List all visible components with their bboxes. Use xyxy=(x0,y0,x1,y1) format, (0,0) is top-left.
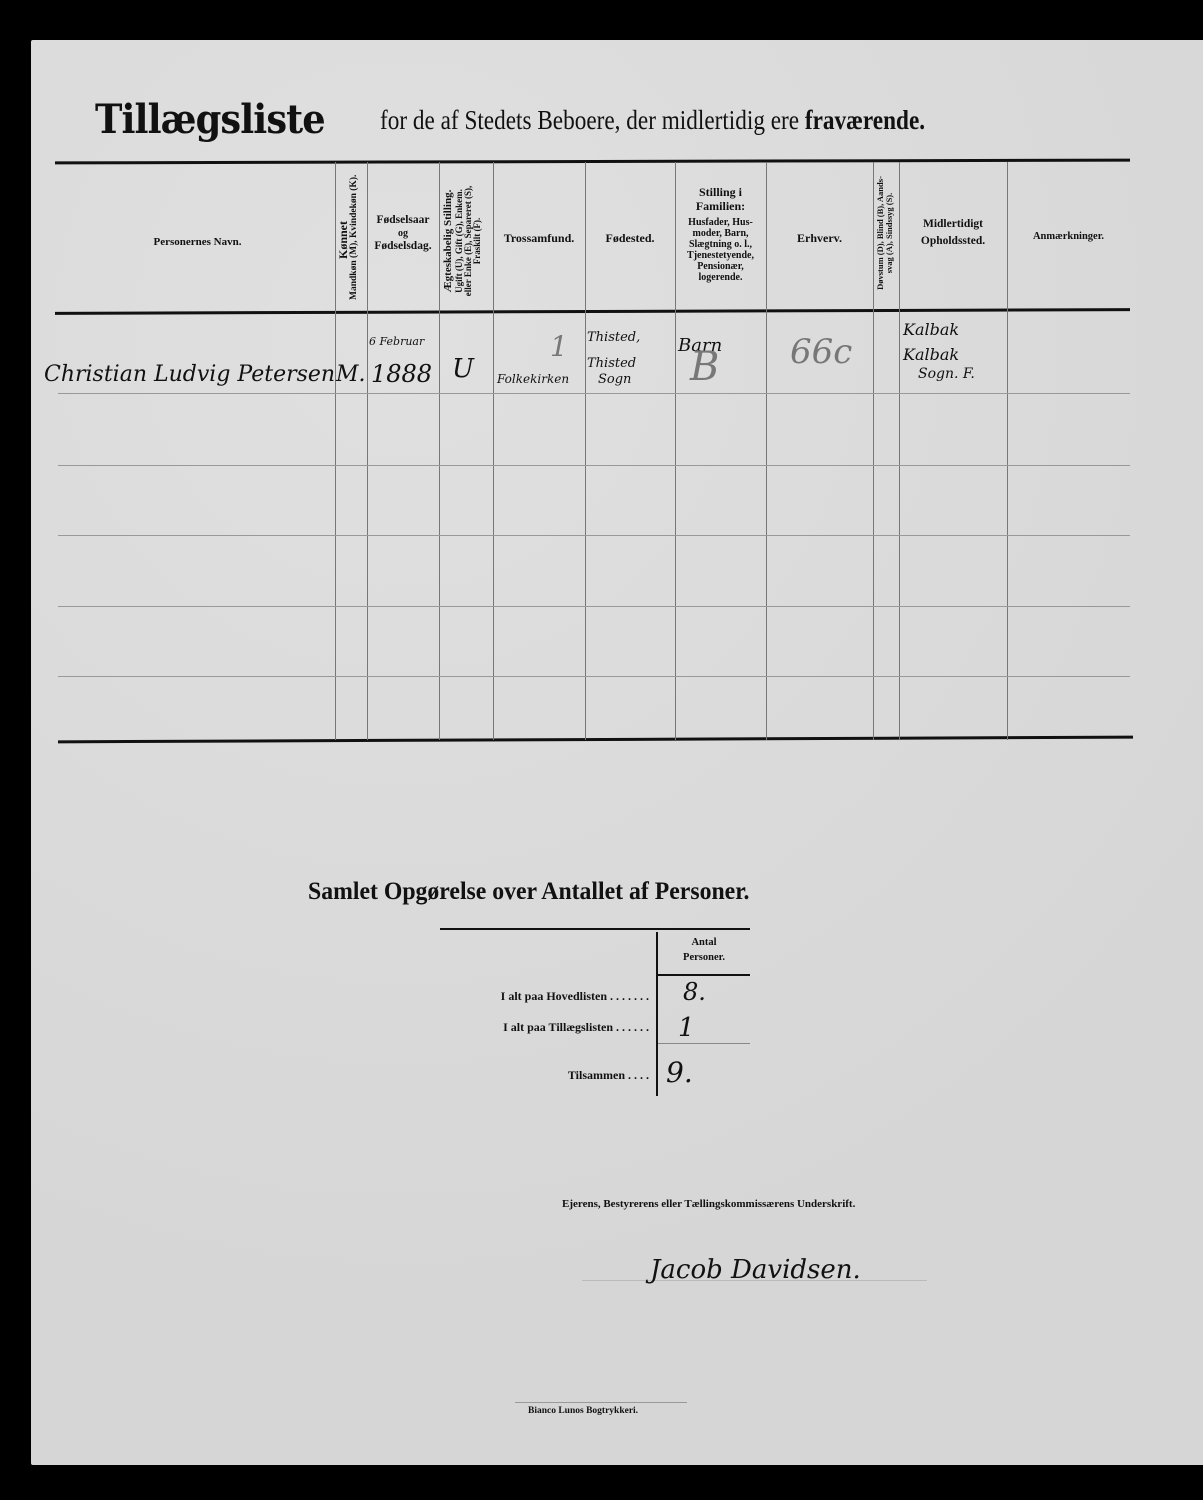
cell-occupation-code: 66c xyxy=(790,332,852,372)
cell-birthplace-line2: Thisted xyxy=(587,356,636,371)
summary-value-supplementary-list: 1 xyxy=(678,1013,695,1043)
summary-value-total: 9. xyxy=(666,1056,693,1089)
row-divider xyxy=(58,465,1130,466)
printer-imprint: Bianco Lunos Bogtrykkeri. xyxy=(528,1406,638,1416)
header-family-position: Stilling i Familien: Husfader, Hus- mode… xyxy=(675,185,766,283)
summary-column-header: Antal Personer. xyxy=(658,937,750,964)
form-title: Tillægsliste xyxy=(95,96,345,143)
header-family-sub2: moder, Barn, xyxy=(675,228,766,239)
header-birth-line3: Fødselsdag. xyxy=(367,240,439,254)
summary-header-rule xyxy=(658,974,750,976)
col-divider xyxy=(439,162,440,740)
header-family-sub1: Husfader, Hus- xyxy=(675,217,766,228)
summary-label-main-list: I alt paa Hovedlisten . . . . . . . xyxy=(437,989,649,1004)
row-divider xyxy=(58,676,1130,677)
row-divider xyxy=(58,606,1130,607)
summary-top-rule xyxy=(440,928,750,930)
summary-label-supplementary-list: I alt paa Tillægslisten . . . . . . xyxy=(437,1020,649,1035)
header-name: Personernes Navn. xyxy=(60,236,335,249)
cell-family-mark: B xyxy=(690,344,719,390)
row-divider xyxy=(58,393,1130,394)
header-religion: Trossamfund. xyxy=(493,231,585,245)
col-divider xyxy=(1007,162,1008,740)
col-divider xyxy=(766,162,767,740)
form-subtitle-text: for de af Stedets Beboere, der midlertid… xyxy=(380,105,799,135)
signature-caption: Ejerens, Bestyrerens eller Tællingskommi… xyxy=(562,1198,855,1210)
header-gender: Kønnet Mandkøn (M), Kvindekøn (K). xyxy=(337,180,365,300)
header-family-sub3: Slægtning o. l., xyxy=(675,239,766,250)
col-divider xyxy=(585,162,586,740)
form-subtitle-bold: fraværende. xyxy=(805,105,925,135)
cell-birthplace-line3: Sogn xyxy=(598,372,631,387)
summary-value-main-list: 8. xyxy=(683,978,706,1006)
summary-title: Samlet Opgørelse over Antallet af Person… xyxy=(308,878,749,906)
col-divider xyxy=(899,162,900,740)
header-temp-residence: Midlertidigt Opholdssted. xyxy=(899,218,1007,249)
col-divider xyxy=(873,162,874,740)
header-remarks: Anmærkninger. xyxy=(1007,231,1130,244)
form-subtitle: for de af Stedets Beboere, der midlertid… xyxy=(380,105,925,136)
header-birthplace: Fødested. xyxy=(585,231,675,245)
summary-label-total: Tilsammen . . . . xyxy=(437,1068,649,1083)
cell-religion-mark: 1 xyxy=(550,330,568,363)
cell-name: Christian Ludvig Petersen xyxy=(44,362,335,387)
signature-name: Jacob Davidsen. xyxy=(650,1255,861,1285)
header-gender-title: Kønnet xyxy=(337,180,350,300)
col-divider xyxy=(493,162,494,740)
printer-rule xyxy=(515,1402,687,1403)
summary-column-header-line1: Antal xyxy=(658,937,750,950)
cell-birthplace-line1: Thisted, xyxy=(587,330,640,345)
header-family-sub4: Tjenestetyende, xyxy=(675,250,766,261)
header-temp-residence-line1: Midlertidigt xyxy=(899,218,1007,232)
cell-gender: M. xyxy=(336,362,366,387)
header-marital-sub3: Fraskilt (F). xyxy=(473,181,482,301)
header-occupation: Erhverv. xyxy=(766,231,873,245)
cell-temp-residence-line3: Sogn. F. xyxy=(918,366,975,382)
header-family-title2: Familien: xyxy=(675,199,766,213)
summary-column-header-line2: Personer. xyxy=(658,952,750,965)
summary-total-rule xyxy=(658,1043,750,1044)
cell-religion: Folkekirken xyxy=(497,372,569,386)
row-divider xyxy=(58,535,1130,536)
cell-marital: U xyxy=(452,354,474,384)
header-disability: Døvstum (D), Blind (B), Aands- svag (A),… xyxy=(876,173,898,293)
header-marital-title: Ægteskabelig Stilling. xyxy=(443,181,455,301)
cell-birth-day: 6 Februar xyxy=(369,335,424,348)
header-birth-line2: og xyxy=(367,228,439,240)
header-birth-line1: Fødselsaar xyxy=(367,214,439,228)
header-gender-sub: Mandkøn (M), Kvindekøn (K). xyxy=(350,180,360,300)
census-form-page xyxy=(31,40,1203,1465)
header-family-sub6: logerende. xyxy=(675,272,766,283)
header-family-title1: Stilling i xyxy=(675,185,766,199)
form-title-text: Tillægsliste xyxy=(95,96,325,143)
cell-temp-residence-line1: Kalbak xyxy=(903,320,959,339)
header-temp-residence-line2: Opholdssted. xyxy=(899,235,1007,249)
cell-birth-year: 1888 xyxy=(371,360,432,388)
header-birth: Fødselsaar og Fødselsdag. xyxy=(367,214,439,254)
header-family-sub5: Pensionær, xyxy=(675,261,766,272)
header-disability-line2: svag (A), Sindssyg (S). xyxy=(885,173,894,293)
cell-temp-residence-line2: Kalbak xyxy=(903,345,959,364)
header-marital: Ægteskabelig Stilling. Ugift (U), Gift (… xyxy=(443,181,489,301)
